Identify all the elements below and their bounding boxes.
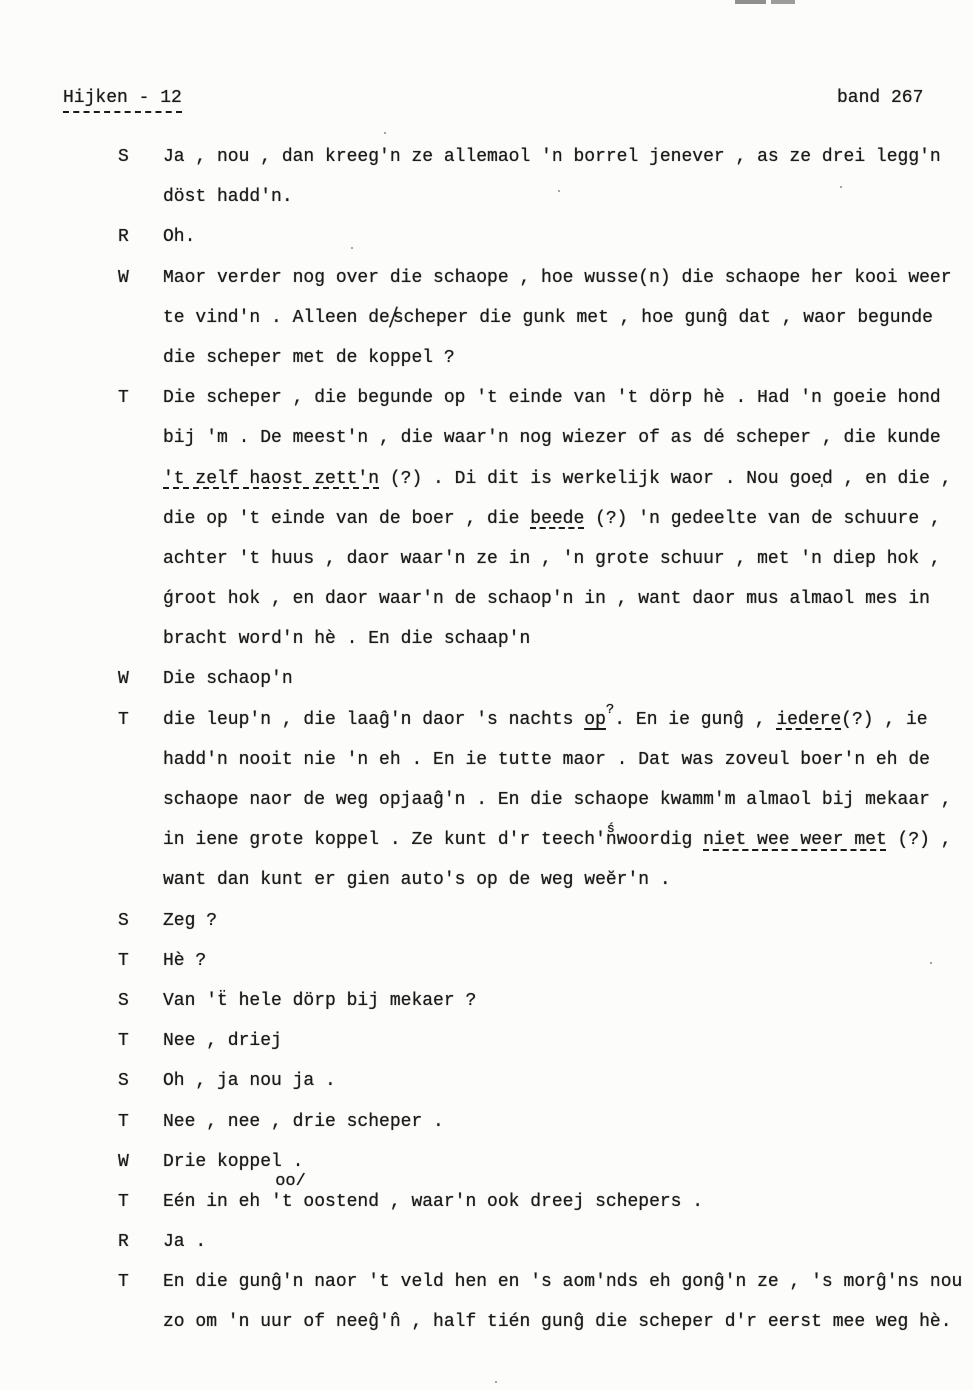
transcript-line: WMaor verder nog over die schaope , hoe … (0, 267, 965, 307)
line-text: bracht word'n hè . En die schaap'n (163, 628, 965, 651)
transcript-line: TDie scheper , die begunde op 't einde v… (0, 387, 965, 427)
speaker-label: S (118, 146, 163, 169)
transcript-line: RJa . (0, 1231, 965, 1271)
line-text: Nee , nee , drie scheper . (163, 1111, 965, 1134)
speaker-label: W (118, 668, 163, 691)
transcript-line: WDrie koppel . (0, 1151, 965, 1191)
transcript-line: THè ? (0, 950, 965, 990)
transcript-line: hadd'n nooit nie 'n eh . En ie tutte mao… (0, 749, 965, 789)
line-text: die leup'n , die laaĝ'n daor 's nachts o… (163, 709, 965, 733)
speaker-label: T (118, 709, 163, 732)
speaker-label: R (118, 226, 163, 249)
speaker-label: T (118, 1030, 163, 1053)
line-text: Maor verder nog over die schaope , hoe w… (163, 267, 965, 290)
line-text: te vind'n . Alleen de/scheper die gunk m… (163, 307, 965, 330)
speaker-label: T (118, 1271, 163, 1294)
speaker-label: T (118, 950, 163, 973)
line-text: döst hadd'n. (163, 186, 965, 209)
line-text: achter 't huus , daor waar'n ze in , 'n … (163, 548, 965, 571)
speaker-label: S (118, 1070, 163, 1093)
line-text: want dan kunt er gien auto's op de weg w… (163, 869, 965, 892)
band-number: band 267 (837, 88, 923, 108)
transcript-line: TNee , driej (0, 1030, 965, 1070)
scanned-transcript-page: Hijken - 12 band 267 SJa , nou , dan kre… (0, 0, 973, 1390)
speaker-label: W (118, 267, 163, 290)
line-text: Ja . (163, 1231, 965, 1254)
transcript-line: SVan 'ẗ hele dörp bij mekaer ? (0, 990, 965, 1030)
handwritten-mark: ś (607, 817, 615, 840)
transcript-line: TEn die gunĝ'n naor 't veld hen en 's ao… (0, 1271, 965, 1311)
line-text: En die gunĝ'n naor 't veld hen en 's aom… (163, 1271, 965, 1294)
speaker-label: W (118, 1151, 163, 1174)
line-text: 't zelf haost zett'n (?) . Di dit is wer… (163, 468, 965, 491)
line-text: die op 't einde van de boer , die beede … (163, 508, 965, 531)
transcript-line: ROh. (0, 226, 965, 266)
line-text: Die scheper , die begunde op 't einde va… (163, 387, 965, 410)
line-text: hadd'n nooit nie 'n eh . En ie tutte mao… (163, 749, 965, 772)
line-text: zo om 'n uur of neeĝ'n̂ , half tién gunĝ… (163, 1311, 965, 1334)
transcript-line: bij 'm . De meest'n , die waar'n nog wie… (0, 427, 965, 467)
speaker-label: T (118, 1111, 163, 1134)
scan-noise-dot (384, 132, 386, 134)
page-title: Hijken - 12 (63, 88, 182, 113)
line-text: Nee , driej (163, 1030, 965, 1053)
speaker-label: S (118, 990, 163, 1013)
transcript-line: SOh , ja nou ja . (0, 1070, 965, 1110)
line-text: Van 'ẗ hele dörp bij mekaer ? (163, 990, 965, 1013)
scan-edge-mark (771, 0, 795, 4)
speaker-label: S (118, 910, 163, 933)
transcript-line: WDie schaop'n (0, 668, 965, 708)
line-text: Eén in eh 't oostend , waar'n ook dreej … (163, 1191, 965, 1214)
line-text: bij 'm . De meest'n , die waar'n nog wie… (163, 427, 965, 450)
speaker-label: R (118, 1231, 163, 1254)
transcript-line: want dan kunt er gien auto's op de weg w… (0, 869, 965, 909)
transcript-line: die op 't einde van de boer , die beede … (0, 508, 965, 548)
line-text: ǵroot hok , en daor waar'n de schaop'n … (163, 588, 965, 611)
scan-noise-dot (495, 1381, 497, 1383)
speaker-label: T (118, 387, 163, 410)
transcript-line: döst hadd'n. (0, 186, 965, 226)
transcript-line: die scheper met de koppel ? (0, 347, 965, 387)
handwritten-note: oo/ (275, 1170, 306, 1193)
transcript: SJa , nou , dan kreeg'n ze allemaol 'n b… (0, 146, 965, 1352)
line-text: schaope naor de weg opjaaĝ'n . En die sc… (163, 789, 965, 812)
transcript-line: te vind'n . Alleen de/scheper die gunk m… (0, 307, 965, 347)
transcript-line: 't zelf haost zett'n (?) . Di dit is wer… (0, 468, 965, 508)
transcript-line: SZeg ? (0, 910, 965, 950)
line-text: Die schaop'n (163, 668, 965, 691)
transcript-line: Tdie leup'n , die laaĝ'n daor 's nachts … (0, 709, 965, 749)
transcript-line: in iene grote koppel . Ze kunt d'r teech… (0, 829, 965, 869)
transcript-line: schaope naor de weg opjaaĝ'n . En die sc… (0, 789, 965, 829)
speaker-label: T (118, 1191, 163, 1214)
transcript-line: zo om 'n uur of neeĝ'n̂ , half tién gunĝ… (0, 1311, 965, 1351)
transcript-line: ǵroot hok , en daor waar'n de schaop'n … (0, 588, 965, 628)
transcript-line: TNee , nee , drie scheper . (0, 1111, 965, 1151)
transcript-line: SJa , nou , dan kreeg'n ze allemaol 'n b… (0, 146, 965, 186)
line-text: Oh , ja nou ja . (163, 1070, 965, 1093)
scan-edge-mark (735, 0, 766, 4)
transcript-line: bracht word'n hè . En die schaap'n (0, 628, 965, 668)
transcript-line: TEén in eh 't oostend , waar'n ook dreej… (0, 1191, 965, 1231)
line-text: Oh. (163, 226, 965, 249)
line-text: die scheper met de koppel ? (163, 347, 965, 370)
line-text: Zeg ? (163, 910, 965, 933)
line-text: in iene grote koppel . Ze kunt d'r teech… (163, 829, 965, 852)
line-text: Ja , nou , dan kreeg'n ze allemaol 'n bo… (163, 146, 965, 169)
line-text: Hè ? (163, 950, 965, 973)
transcript-line: achter 't huus , daor waar'n ze in , 'n … (0, 548, 965, 588)
